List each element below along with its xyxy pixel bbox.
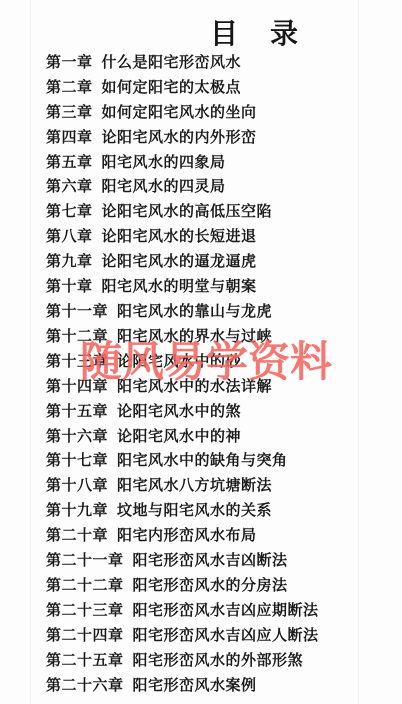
toc-chapter-title: 阳宅形峦风水吉凶应人断法 — [133, 624, 319, 645]
toc-chapter-title: 阳宅风水的四灵局 — [102, 175, 226, 196]
toc-row: 第十七章 阳宅风水中的缺角与突角 — [46, 448, 386, 473]
toc-chapter-title: 阳宅风水的明堂与朝案 — [102, 275, 257, 296]
toc-chapter-title: 阳宅形峦风水案例 — [133, 674, 257, 695]
toc-chapter-number: 第十四章 — [46, 375, 108, 396]
toc-chapter-number: 第十三章 — [46, 350, 108, 371]
toc-chapter-title: 论阳宅风水的逼龙逼虎 — [102, 250, 257, 271]
toc-chapter-title: 论阳宅风水的高低压空陷 — [102, 200, 273, 221]
toc-row: 第二十三章 阳宅形峦风水吉凶应期断法 — [46, 597, 386, 622]
toc-page: { "page": { "title": "目 录", "background"… — [0, 0, 402, 704]
toc-row: 第五章 阳宅风水的四象局 — [46, 149, 386, 174]
toc-chapter-title: 论阳宅风水的内外形峦 — [102, 126, 257, 147]
toc-chapter-title: 论阳宅风水中的砂 — [117, 350, 241, 371]
toc-row: 第二十六章 阳宅形峦风水案例 — [46, 672, 386, 697]
toc-chapter-number: 第十七章 — [46, 449, 108, 470]
toc-chapter-number: 第二十二章 — [46, 574, 124, 595]
toc-chapter-number: 第二十一章 — [46, 549, 124, 570]
toc-chapter-number: 第九章 — [46, 250, 93, 271]
toc-row: 第十九章 坟地与阳宅风水的关系 — [46, 497, 386, 522]
toc-chapter-number: 第十六章 — [46, 425, 108, 446]
toc-chapter-number: 第十一章 — [46, 300, 108, 321]
toc-chapter-number: 第八章 — [46, 225, 93, 246]
toc-row: 第二章 如何定阳宅的太极点 — [46, 74, 386, 99]
toc-chapter-title: 如何定阳宅的太极点 — [102, 76, 242, 97]
toc-row: 第七章 论阳宅风水的高低压空陷 — [46, 198, 386, 223]
toc-row: 第九章 论阳宅风水的逼龙逼虎 — [46, 248, 386, 273]
toc-chapter-title: 阳宅形峦风水的外部形煞 — [133, 649, 304, 670]
toc-chapter-number: 第十二章 — [46, 325, 108, 346]
toc-chapter-number: 第十章 — [46, 275, 93, 296]
toc-chapter-title: 论阳宅风水中的神 — [117, 425, 241, 446]
toc-chapter-title: 阳宅风水的界水与过峡 — [117, 325, 272, 346]
toc-row: 第四章 论阳宅风水的内外形峦 — [46, 124, 386, 149]
toc-row: 第二十五章 阳宅形峦风水的外部形煞 — [46, 647, 386, 672]
toc-chapter-number: 第二章 — [46, 76, 93, 97]
toc-chapter-title: 阳宅形峦风水吉凶应期断法 — [133, 599, 319, 620]
toc-chapter-title: 论阳宅风水的长短进退 — [102, 225, 257, 246]
toc-row: 第十四章 阳宅风水中的水法详解 — [46, 373, 386, 398]
toc-chapter-number: 第二十章 — [46, 524, 108, 545]
toc-chapter-title: 什么是阳宅形峦风水 — [102, 51, 242, 72]
toc-chapter-number: 第五章 — [46, 151, 93, 172]
toc-chapter-number: 第七章 — [46, 200, 93, 221]
toc-row: 第十六章 论阳宅风水中的神 — [46, 423, 386, 448]
toc-row: 第二十一章 阳宅形峦风水吉凶断法 — [46, 547, 386, 572]
toc-row: 第十一章 阳宅风水的靠山与龙虎 — [46, 298, 386, 323]
toc-chapter-number: 第三章 — [46, 101, 93, 122]
toc-chapter-number: 第二十六章 — [46, 674, 124, 695]
toc-row: 第一章 什么是阳宅形峦风水 — [46, 49, 386, 74]
toc-chapter-title: 阳宅风水中的水法详解 — [117, 375, 272, 396]
toc-chapter-title: 坟地与阳宅风水的关系 — [117, 499, 272, 520]
toc-row: 第十二章 阳宅风水的界水与过峡 — [46, 323, 386, 348]
toc-chapter-title: 论阳宅风水中的煞 — [117, 400, 241, 421]
toc-chapter-title: 阳宅形峦风水吉凶断法 — [133, 549, 288, 570]
toc-row: 第十八章 阳宅风水八方坑塘断法 — [46, 472, 386, 497]
toc-chapter-title: 阳宅风水中的缺角与突角 — [117, 449, 288, 470]
toc-chapter-number: 第十五章 — [46, 400, 108, 421]
scan-artifact-line-left — [30, 0, 31, 704]
toc-row: 第六章 阳宅风水的四灵局 — [46, 174, 386, 199]
toc-row: 第三章 如何定阳宅风水的坐向 — [46, 99, 386, 124]
toc-chapter-number: 第一章 — [46, 51, 93, 72]
toc-row: 第二十四章 阳宅形峦风水吉凶应人断法 — [46, 622, 386, 647]
toc-chapter-number: 第二十五章 — [46, 649, 124, 670]
toc-chapter-title: 阳宅风水的靠山与龙虎 — [117, 300, 272, 321]
toc-chapter-title: 阳宅风水八方坑塘断法 — [117, 474, 272, 495]
toc-chapter-title: 阳宅内形峦风水布局 — [117, 524, 257, 545]
toc-row: 第二十章 阳宅内形峦风水布局 — [46, 522, 386, 547]
toc-chapter-number: 第十九章 — [46, 499, 108, 520]
toc-chapter-number: 第十八章 — [46, 474, 108, 495]
page-title: 目 录 — [210, 12, 300, 52]
toc-row: 第十章 阳宅风水的明堂与朝案 — [46, 273, 386, 298]
toc-chapter-title: 阳宅形峦风水的分房法 — [133, 574, 288, 595]
toc-chapter-number: 第二十三章 — [46, 599, 124, 620]
toc-chapter-title: 如何定阳宅风水的坐向 — [102, 101, 257, 122]
toc-row: 第十三章 论阳宅风水中的砂 — [46, 348, 386, 373]
toc-list: 第一章 什么是阳宅形峦风水 第二章 如何定阳宅的太极点 第三章 如何定阳宅风水的… — [46, 49, 386, 697]
toc-chapter-number: 第六章 — [46, 175, 93, 196]
toc-chapter-number: 第四章 — [46, 126, 93, 147]
toc-row: 第八章 论阳宅风水的长短进退 — [46, 223, 386, 248]
toc-chapter-title: 阳宅风水的四象局 — [102, 151, 226, 172]
toc-row: 第二十二章 阳宅形峦风水的分房法 — [46, 572, 386, 597]
toc-row: 第十五章 论阳宅风水中的煞 — [46, 398, 386, 423]
toc-chapter-number: 第二十四章 — [46, 624, 124, 645]
